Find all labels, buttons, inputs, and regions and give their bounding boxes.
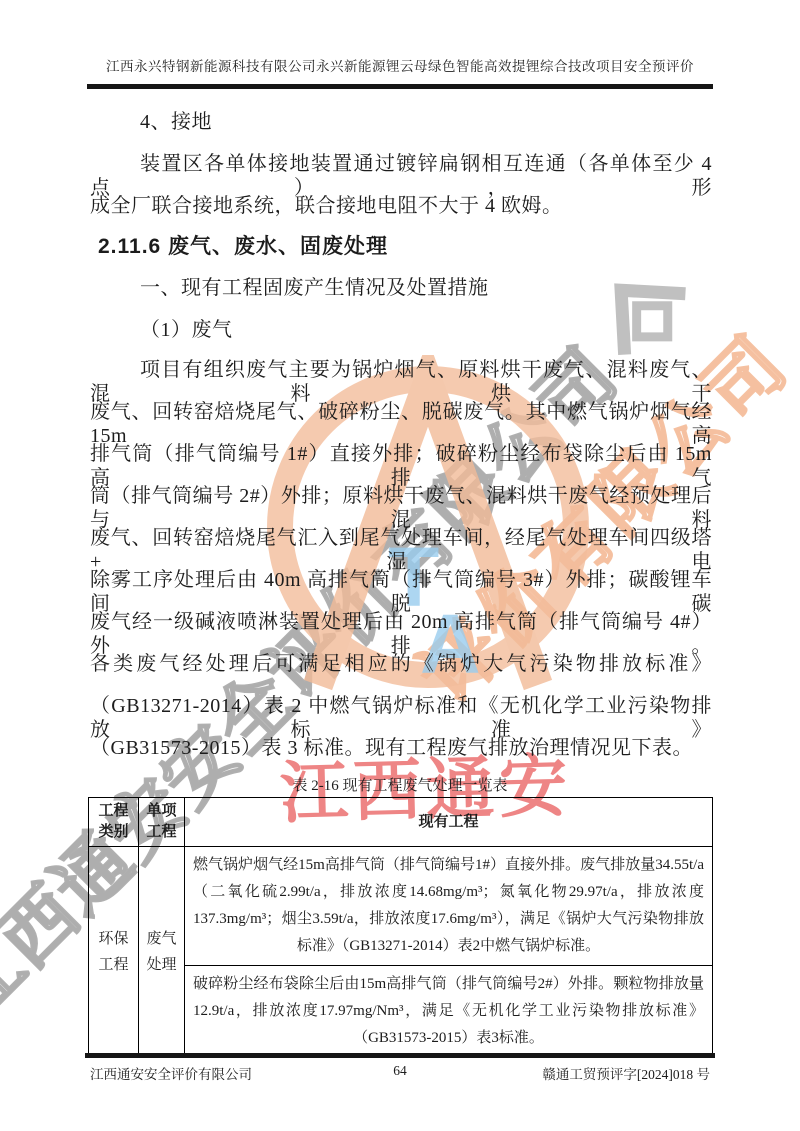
section4-title: 4、接地	[140, 110, 762, 134]
col-header-project-category: 工程 类别	[89, 798, 139, 847]
paragraph2-line7: 废气经一级碱液喷淋装置处理后由 20m 高排气筒（排气筒编号 4#）外排。	[90, 610, 712, 658]
cell-waste-gas-treatment: 废气 处理	[139, 847, 185, 1058]
cell-crushing-dust: 破碎粉尘经布袋除尘后由15m高排气筒（排气筒编号2#）外排。颗粒物排放量12.9…	[185, 966, 713, 1058]
cell-boiler-flue-gas: 燃气锅炉烟气经15m高排气筒（排气筒编号1#）直接外排。废气排放量34.55t/…	[185, 847, 713, 966]
paragraph2-line6: 除雾工序处理后由 40m 高排气筒（排气筒编号 3#）外排；碳酸锂车间脱碳	[90, 568, 712, 616]
page-content: 江西永兴特钢新能源科技有限公司永兴新能源锂云母绿色智能高效提锂综合技改项目安全预…	[0, 0, 800, 1131]
sub-heading-2: （1）废气	[140, 318, 762, 342]
section-heading-2-11-6: 2.11.6 废气、废水、固废处理	[98, 230, 718, 260]
paragraph2-line9: （GB13271-2014）表 2 中燃气锅炉标准和《无机化学工业污染物排放标准…	[90, 694, 712, 742]
paragraph2-line10: （GB31573-2015）表 3 标准。现有工程废气排放治理情况见下表。	[90, 736, 712, 760]
footer-divider	[85, 1053, 715, 1058]
cell-env-project: 环保 工程	[89, 847, 139, 1058]
footer-doc-number: 赣通工贸预评字[2024]018 号	[542, 1063, 710, 1083]
paragraph1-line2: 成全厂联合接地系统，联合接地电阻不大于 4 欧姆。	[90, 194, 712, 218]
paragraph2-line3: 排气筒（排气筒编号 1#）直接外排；破碎粉尘经布袋除尘后由 15m 高排气	[90, 442, 712, 490]
table-row: 环保 工程 废气 处理 燃气锅炉烟气经15m高排气筒（排气筒编号1#）直接外排。…	[89, 847, 713, 966]
paragraph2-line8: 各类废气经处理后可满足相应的《锅炉大气污染物排放标准》	[90, 652, 712, 676]
table-header-row: 工程 类别 单项 工程 现有工程	[89, 798, 713, 847]
document-page: 江西通安安全评价有限公司 评价有限公司 T A 江西通安 江西永兴特钢新能源科技…	[0, 0, 800, 1131]
table-caption: 表 2-16 现有工程废气处理一览表	[90, 774, 710, 795]
paragraph2-line2: 废气、回转窑焙烧尾气、破碎粉尘、脱碳废气。其中燃气锅炉烟气经 15m 高	[90, 400, 712, 448]
paragraph1-line1: 装置区各单体接地装置通过镀锌扁钢相互连通（各单体至少 4 点），形	[90, 152, 712, 200]
col-header-existing-project: 现有工程	[185, 798, 713, 847]
paragraph2-line4: 筒（排气筒编号 2#）外排；原料烘干废气、混料烘干废气经预处理后与混料	[90, 484, 712, 532]
waste-gas-treatment-table: 工程 类别 单项 工程 现有工程 环保 工程 废气 处理 燃气锅炉烟气经15m高…	[88, 797, 713, 1058]
page-header-title: 江西永兴特钢新能源科技有限公司永兴新能源锂云母绿色智能高效提锂综合技改项目安全预…	[90, 55, 710, 75]
sub-heading-1: 一、现有工程固废产生情况及处置措施	[140, 276, 762, 300]
paragraph2-line1: 项目有组织废气主要为锅炉烟气、原料烘干废气、混料废气、混料烘干	[90, 358, 712, 406]
col-header-single-project: 单项 工程	[139, 798, 185, 847]
header-divider	[87, 84, 713, 89]
paragraph2-line5: 废气、回转窑焙烧尾气汇入到尾气处理车间，经尾气处理车间四级塔+湿电	[90, 526, 712, 574]
